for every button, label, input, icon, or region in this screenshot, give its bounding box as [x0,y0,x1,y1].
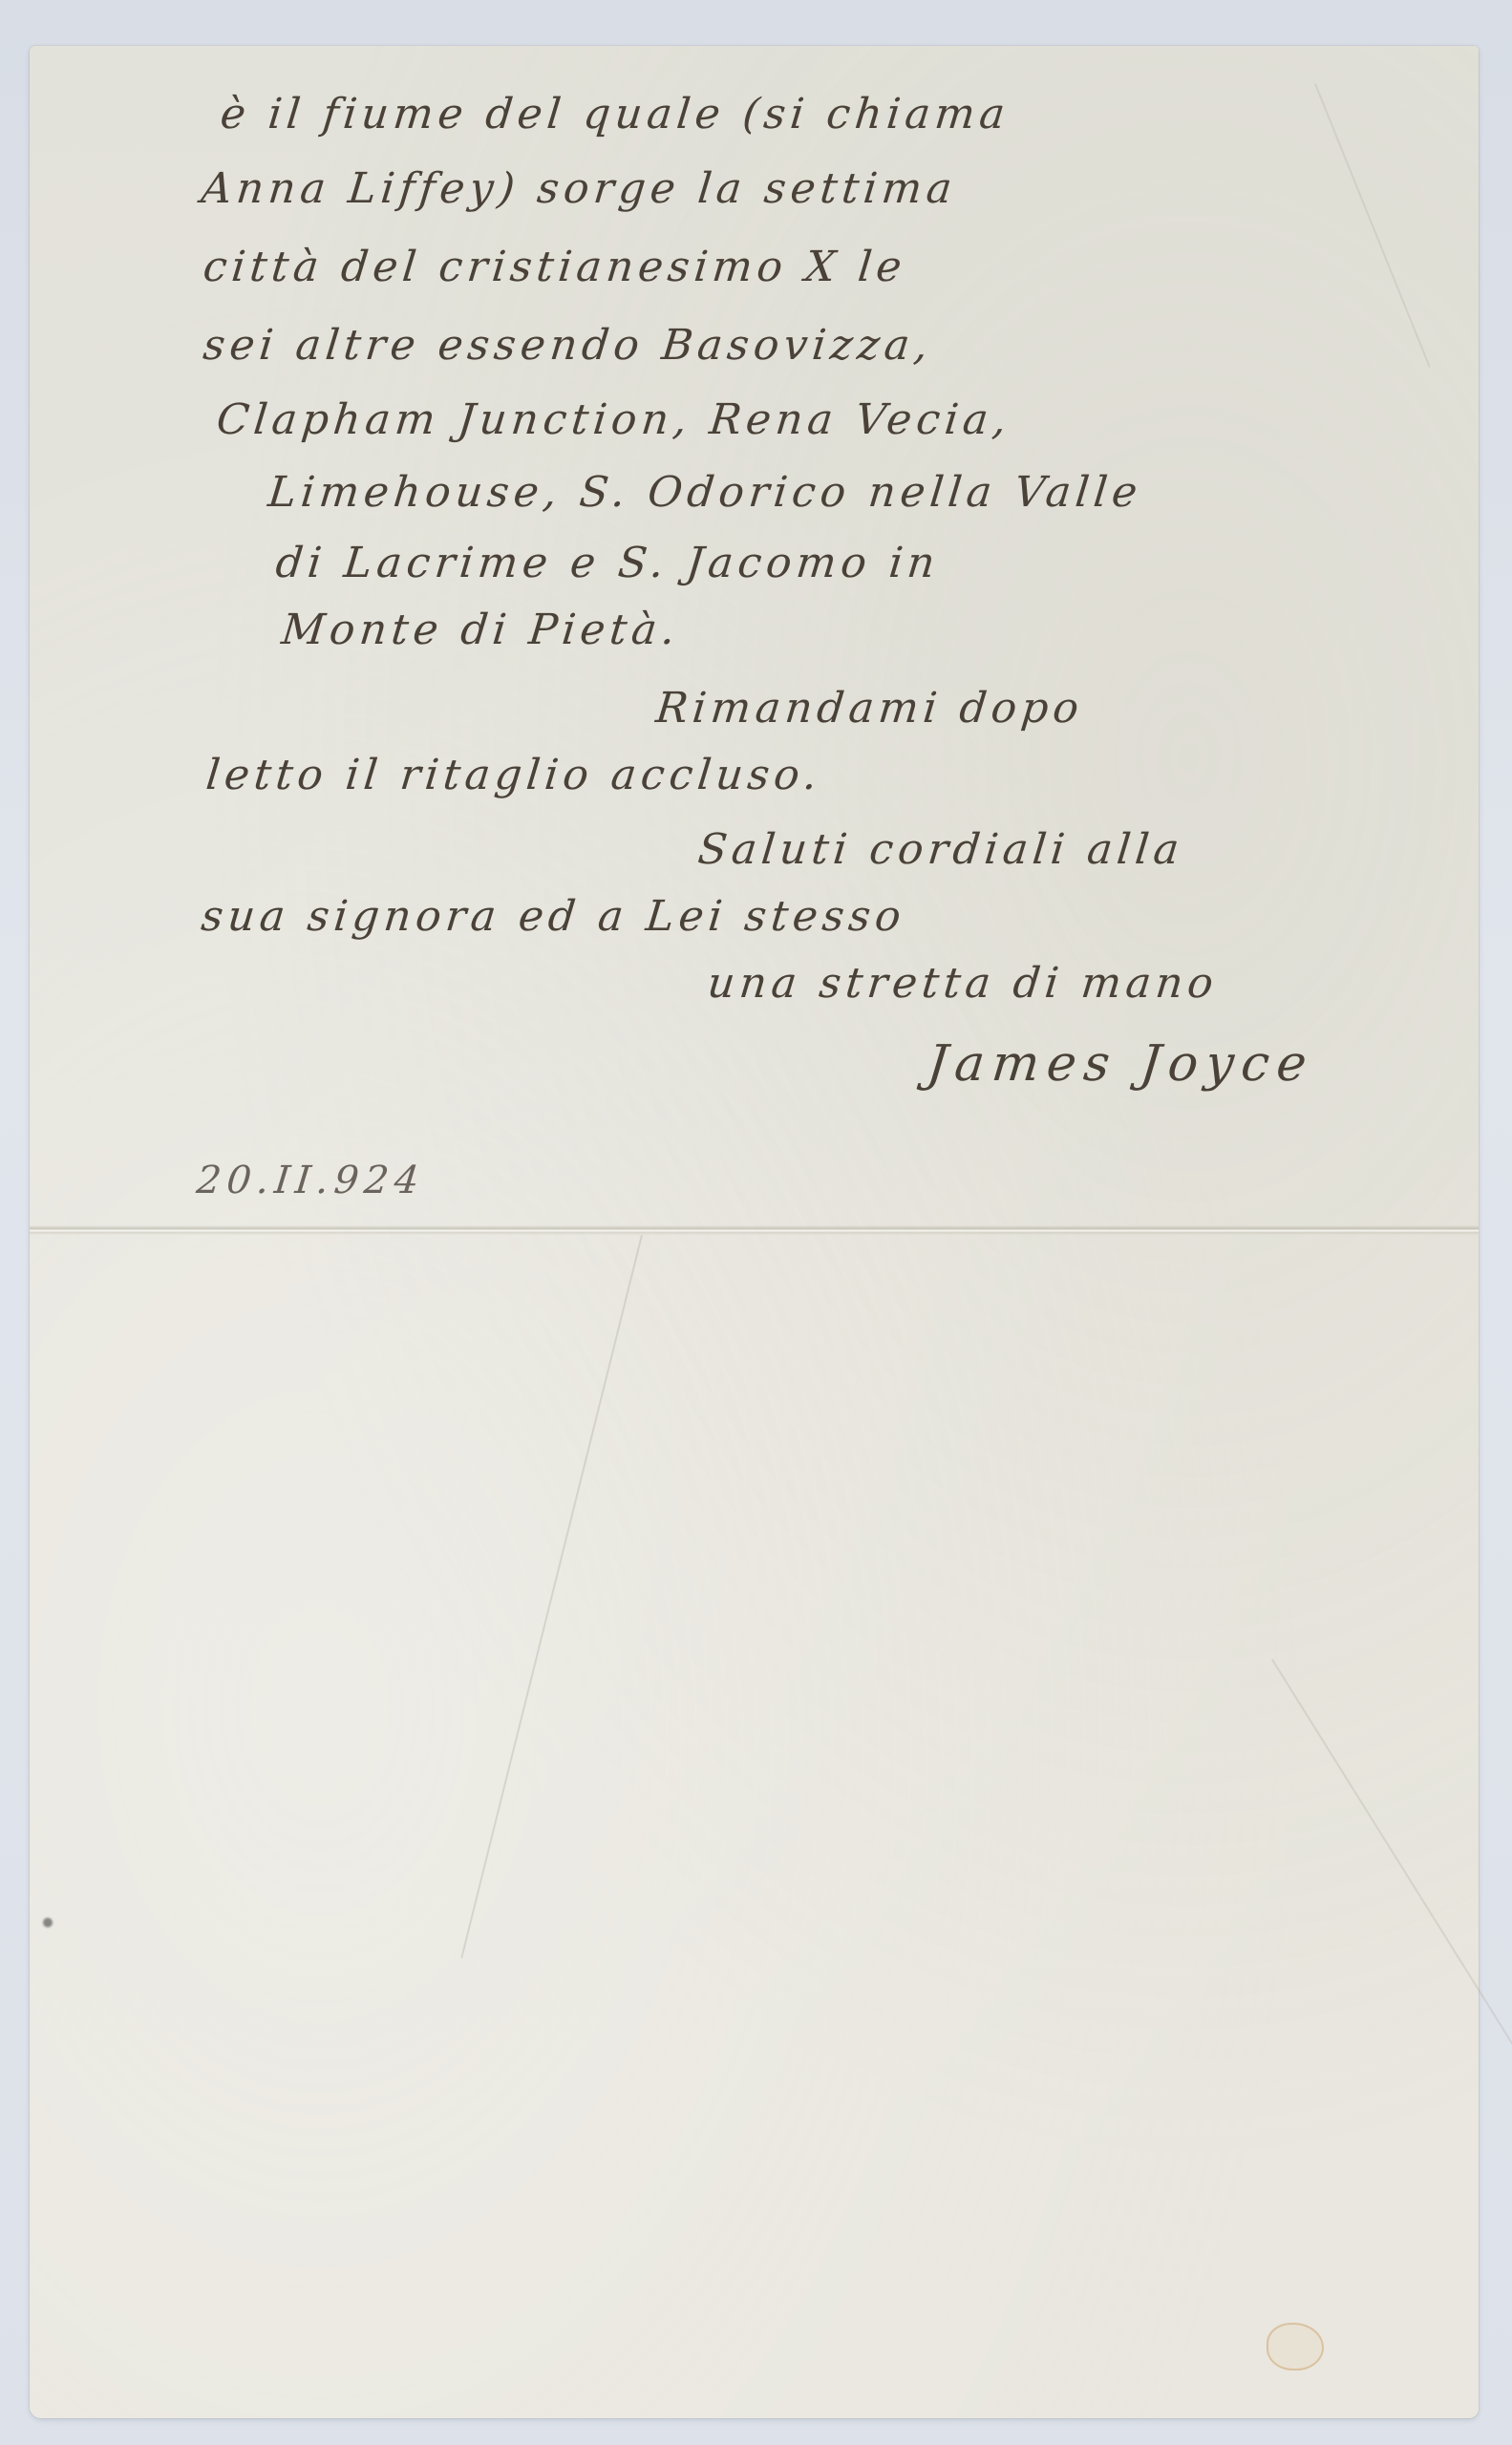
ink-speck [43,1918,53,1927]
letter-line: di Lacrime e S. Jacomo in [274,542,942,585]
letter-line: Anna Liffey) sorge la settima [200,168,959,210]
letter-line: Saluti cordiali alla [696,829,1186,871]
letter-line: Clapham Junction, Rena Vecia, [215,399,1013,441]
letter-line: letto il ritaglio accluso. [204,755,824,797]
letter-line: città del cristianesimo X le [202,246,908,288]
letter-line: Limehouse, S. Odorico nella Valle [266,472,1144,514]
letter-line: sua signora ed a Lei stesso [200,896,907,938]
letter-line: Rimandami dopo [654,688,1086,730]
letter-line: una stretta di mano [706,963,1220,1005]
horizontal-fold-crease [30,1225,1479,1235]
letter-line: è il fiume del quale (si chiama [219,94,1012,136]
foxing-stain [1267,2323,1324,2371]
signature: James Joyce [925,1039,1316,1089]
paper-crease [1271,1659,1512,2081]
letter-date: 20.II.924 [195,1161,426,1200]
paper-crease [1314,83,1431,367]
paper-crease [460,1235,643,1958]
letter-sheet: è il fiume del quale (si chiama Anna Lif… [30,46,1479,2418]
letter-line: sei altre essendo Basovizza, [202,325,935,367]
letter-line: Monte di Pietà. [280,609,682,651]
